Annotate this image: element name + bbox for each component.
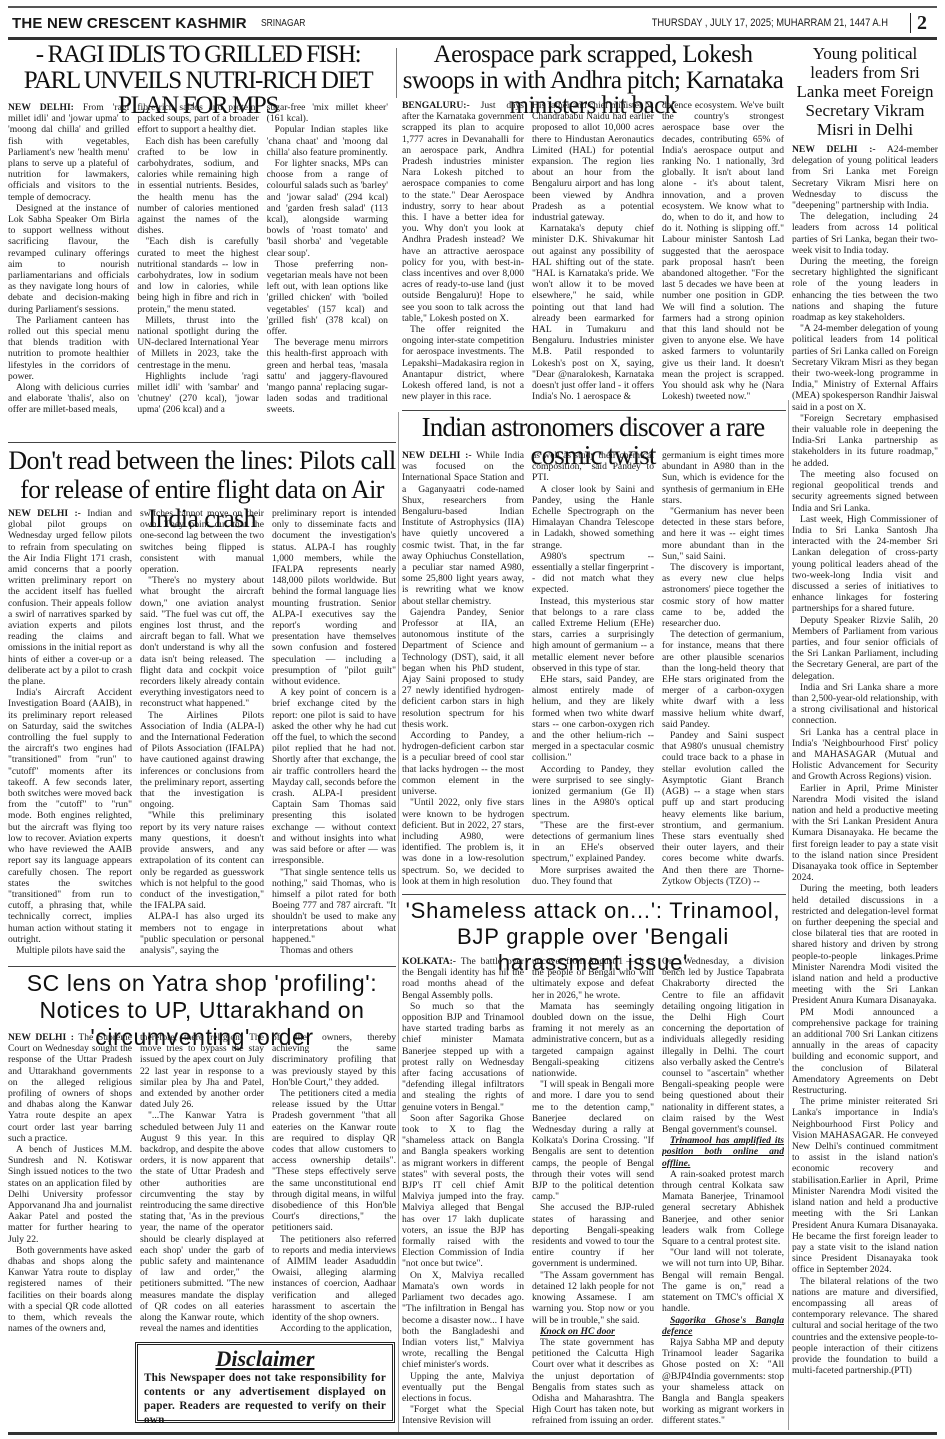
- paragraph: NEW DELHI :- While India was focused on …: [402, 450, 524, 607]
- paragraph: On Wednesday, a division bench led by Ju…: [662, 956, 784, 1135]
- headline-trinamool: 'Shameless attack on...': Trinamool, BJP…: [402, 898, 784, 954]
- paragraph: "...The Kanwar Yatra is scheduled betwee…: [140, 1110, 264, 1334]
- paragraph: "Forget what the Special Intensive Revis…: [402, 1404, 524, 1426]
- issue-date: THURSDAY , JULY 17, 2025; MUHARRAM 21, 1…: [652, 17, 888, 29]
- paragraph: The meeting also focused on regional geo…: [792, 469, 938, 514]
- newspaper-title: THE NEW CRESCENT KASHMIR: [12, 15, 247, 32]
- paragraph: Designed at the instance of Lok Sabha Sp…: [8, 203, 129, 315]
- text-column: preliminary report is intended only to d…: [272, 508, 396, 962]
- paragraph: Both governments have asked dhabas and s…: [8, 1245, 132, 1335]
- paragraph: "The Assam government has detained 12 la…: [532, 1270, 654, 1326]
- text-column: fibre-rich salads and protein-packed sou…: [137, 102, 258, 422]
- text-column: germanium is eight times more abundant i…: [662, 450, 784, 890]
- column-divider: [396, 48, 397, 98]
- paragraph: Popular Indian staples like 'chana chaat…: [267, 124, 388, 158]
- section-rule: [8, 442, 396, 443]
- paragraph: "There's no mystery about what brought t…: [140, 575, 264, 709]
- paragraph: "A 24-member delegation of young politic…: [792, 323, 938, 413]
- paragraph: She accused the BJP-ruled states of hara…: [532, 1202, 654, 1269]
- edition-city: SRINAGAR: [261, 18, 305, 29]
- article-body: BENGALURU:- Just days after the Karnatak…: [402, 100, 784, 408]
- section-rule: [402, 894, 786, 895]
- headline-aerospace: Aerospace park scrapped, Lokesh swoops i…: [402, 42, 784, 98]
- paragraph: The Parliament canteen has rolled out th…: [8, 315, 129, 382]
- subheading: Knock on HC door: [532, 1326, 654, 1337]
- paragraph: During the meeting, the foreign secretar…: [792, 256, 938, 323]
- article-body: NEW DELHI :- A24-member delegation of yo…: [792, 144, 938, 1432]
- article-body: NEW DELHI: From 'ragi millet idli' and '…: [8, 102, 388, 422]
- text-column: therefore, there religion. The move trie…: [140, 1032, 264, 1338]
- paragraph: "Germanium has never been detected in th…: [662, 506, 784, 562]
- paragraph: fibre-rich salads and protein-packed sou…: [137, 102, 258, 136]
- paragraph: Sri Lanka has a central place in India's…: [792, 727, 938, 783]
- top-rule: [8, 6, 937, 8]
- subheading: Sagorika Ghose's Bangla defence: [662, 1315, 784, 1337]
- paragraph: Along with delicious curries and elabora…: [8, 382, 129, 416]
- disclaimer-box: Disclaimer This Newspaper does not take …: [135, 1342, 395, 1423]
- paragraph: defence ecosystem. We've built the count…: [662, 100, 784, 402]
- column-divider: [788, 400, 789, 1430]
- paragraph: "While this preliminary report by its ve…: [140, 810, 264, 911]
- paragraph: Last week, High Commissioner of India to…: [792, 514, 938, 615]
- article-body: NEW DELHI : The Supreme Court on Wednesd…: [8, 1032, 396, 1338]
- column-divider: [398, 412, 399, 1432]
- paragraph: NEW DELHI :- A24-member delegation of yo…: [792, 144, 938, 211]
- paragraph: Karnataka's deputy chief minister D.K. S…: [532, 223, 654, 402]
- subheading: Trinamool has amplified its position bot…: [662, 1135, 784, 1169]
- paragraph: Pandey and Saini suspect that A980's unu…: [662, 730, 784, 887]
- paragraph: A key point of concern is a brief exchan…: [272, 687, 396, 866]
- article-aerospace: Aerospace park scrapped, Lokesh swoops i…: [402, 42, 784, 410]
- paragraph: Multiple pilots have said the: [8, 945, 132, 956]
- paragraph: Mamata has seemingly doubled down on the…: [532, 1001, 654, 1079]
- paragraph: uncover from August 1 — it is the people…: [532, 956, 654, 1001]
- paragraph: The prime minister reiterated Sri Lanka'…: [792, 1096, 938, 1275]
- headline-srilanka: Young political leaders from Sri Lanka m…: [792, 42, 938, 140]
- paragraph: therefore, there religion. The move trie…: [140, 1032, 264, 1110]
- paragraph: as well as study their chemical composit…: [532, 450, 654, 484]
- paragraph: Each dish has been carefully crafted to …: [137, 136, 258, 237]
- paragraph: A rain-soaked protest march through cent…: [662, 1169, 784, 1247]
- paragraph: Instead, this mysterious star that belon…: [532, 596, 654, 674]
- bottom-rule: [8, 1432, 937, 1435]
- text-column: On Wednesday, a division bench led by Ju…: [662, 956, 784, 1430]
- text-column: defence ecosystem. We've built the count…: [662, 100, 784, 408]
- paragraph: Deputy Speaker Rizvie Salih, 20 Members …: [792, 615, 938, 682]
- paragraph: The petitioners cited a media release is…: [272, 1088, 396, 1234]
- page-number: 2: [917, 12, 927, 35]
- headline-yatra: SC lens on Yatra shop 'profiling': Notic…: [8, 970, 396, 1030]
- dateline: BENGALURU:-: [402, 100, 470, 111]
- paragraph: More surprises awaited the duo. They fou…: [532, 865, 654, 887]
- text-column: NEW DELHI: From 'ragi millet idli' and '…: [8, 102, 129, 422]
- dateline: NEW DELHI :-: [792, 144, 876, 155]
- paragraph: A980's spectrum -- essentially a stellar…: [532, 551, 654, 596]
- paragraph: According to Pandey, a hydrogen-deficien…: [402, 730, 524, 797]
- text-column: KOLKATA:- The battle over the Bengali id…: [402, 956, 524, 1430]
- paragraph: For lighter snacks, MPs can choose from …: [267, 158, 388, 259]
- text-column: switches cannot move on their own. They …: [140, 508, 264, 962]
- article-ragi: - RAGI IDLIS TO GRILLED FISH: PARL UNVEI…: [8, 42, 388, 422]
- paragraph: Rajya Sabha MP and deputy Trinamool lead…: [662, 1337, 784, 1427]
- dateline: NEW DELHI :: [8, 1032, 74, 1043]
- headline-astronomers: Indian astronomers discover a rare cosmi…: [402, 414, 784, 450]
- paragraph: NEW DELHI : The Supreme Court on Wednesd…: [8, 1032, 132, 1144]
- paragraph: According to the application,: [272, 1323, 396, 1334]
- paragraph: of the owners, thereby achieving the sam…: [272, 1032, 396, 1088]
- paragraph: On X, Malviya recalled Mamata's own word…: [402, 1270, 524, 1371]
- paragraph: A closer look by Saini and Pandey, using…: [532, 484, 654, 551]
- paragraph: Thomas and others: [272, 945, 396, 956]
- headline-pilots: Don't read between the lines: Pilots cal…: [8, 446, 396, 506]
- paragraph: India and Sri Lanka share a more than 2,…: [792, 682, 938, 727]
- paragraph: "I will speak in Bengali more and more. …: [532, 1079, 654, 1202]
- paragraph: KOLKATA:- The battle over the Bengali id…: [402, 956, 524, 1001]
- article-body: KOLKATA:- The battle over the Bengali id…: [402, 956, 784, 1430]
- article-srilanka: Young political leaders from Sri Lanka m…: [792, 42, 938, 1432]
- dateline: NEW DELHI :-: [8, 508, 81, 519]
- article-body: NEW DELHI :- Indian and global pilot gro…: [8, 508, 396, 962]
- paragraph: "Our land will not tolerate, we will not…: [662, 1247, 784, 1314]
- dateline: NEW DELHI :-: [402, 450, 472, 461]
- masthead: THE NEW CRESCENT KASHMIR SRINAGAR THURSD…: [12, 12, 935, 34]
- paragraph: The bilateral relations of the two natio…: [792, 1276, 938, 1377]
- text-column: of the owners, thereby achieving the sam…: [272, 1032, 396, 1338]
- article-astronomers: Indian astronomers discover a rare cosmi…: [402, 414, 784, 894]
- text-column: as well as study their chemical composit…: [532, 450, 654, 890]
- paragraph: switches cannot move on their own. They …: [140, 508, 264, 575]
- paragraph: EHe stars, said Pandey, are almost entir…: [532, 674, 654, 764]
- dateline: KOLKATA:-: [402, 956, 456, 967]
- paragraph: BENGALURU:- Just days after the Karnatak…: [402, 100, 524, 324]
- paragraph: The petitioners also referred to reports…: [272, 1234, 396, 1324]
- section-rule: [402, 410, 786, 411]
- paragraph: PM Modi announced a comprehensive packag…: [792, 1007, 938, 1097]
- paragraph: NEW DELHI :- Indian and global pilot gro…: [8, 508, 132, 687]
- text-column: NEW DELHI :- A24-member delegation of yo…: [792, 144, 938, 1432]
- paragraph: A bench of Justices M.M. Sundresh and N.…: [8, 1144, 132, 1245]
- text-column: BENGALURU:- Just days after the Karnatak…: [402, 100, 524, 408]
- paragraph: "Foreign Secretary emphasised their valu…: [792, 413, 938, 469]
- masthead-rule: [8, 37, 937, 40]
- article-trinamool: 'Shameless attack on...': Trinamool, BJP…: [402, 898, 784, 1432]
- paragraph: sugar-free 'mix millet kheer' (161 kcal)…: [267, 102, 388, 124]
- text-column: NEW DELHI :- While India was focused on …: [402, 450, 524, 890]
- paragraph: Earlier in April, Prime Minister Narendr…: [792, 783, 938, 884]
- text-column: His father and chief minister N. Chandra…: [532, 100, 654, 408]
- paragraph: The detection of germanium, for instance…: [662, 629, 784, 730]
- paragraph: Soon after Sagorika Ghose took to X to f…: [402, 1113, 524, 1270]
- article-body: NEW DELHI :- While India was focused on …: [402, 450, 784, 890]
- article-pilots: Don't read between the lines: Pilots cal…: [8, 446, 396, 966]
- text-column: NEW DELHI :- Indian and global pilot gro…: [8, 508, 132, 962]
- paragraph: So much so that the opposition BJP and T…: [402, 1001, 524, 1113]
- article-yatra: SC lens on Yatra shop 'profiling': Notic…: [8, 970, 396, 1340]
- paragraph: preliminary report is intended only to d…: [272, 508, 396, 687]
- disclaimer-title: Disclaimer: [144, 1347, 386, 1371]
- disclaimer-text: This Newspaper does not take responsibil…: [144, 1371, 386, 1427]
- paragraph: NEW DELHI: From 'ragi millet idli' and '…: [8, 102, 129, 203]
- paragraph: Upping the ante, Malviya eventually put …: [402, 1371, 524, 1405]
- paragraph: The Airlines Pilots Association of India…: [140, 710, 264, 811]
- text-column: sugar-free 'mix millet kheer' (161 kcal)…: [267, 102, 388, 422]
- paragraph: India's Aircraft Accident Investigation …: [8, 687, 132, 945]
- paragraph: The state government has petitioned the …: [532, 1337, 654, 1427]
- paragraph: germanium is eight times more abundant i…: [662, 450, 784, 506]
- paragraph: The discovery is important, as every new…: [662, 562, 784, 629]
- paragraph: Gajendra Pandey, Senior Professor at IIA…: [402, 607, 524, 730]
- headline-ragi: - RAGI IDLIS TO GRILLED FISH: PARL UNVEI…: [8, 42, 388, 98]
- text-column: uncover from August 1 — it is the people…: [532, 956, 654, 1430]
- paragraph: His father and chief minister N. Chandra…: [532, 100, 654, 223]
- paragraph: The beverage menu mirrors this health-fi…: [267, 337, 388, 415]
- paragraph: The offer reignited the ongoing inter-st…: [402, 324, 524, 402]
- paragraph: "Until 2022, only five stars were known …: [402, 797, 524, 887]
- paragraph: "Each dish is carefully curated to meet …: [137, 236, 258, 314]
- paragraph: According to Pandey, they were surprised…: [532, 764, 654, 820]
- paragraph: During the meeting, both leaders held de…: [792, 883, 938, 1006]
- dateline: NEW DELHI:: [8, 102, 74, 113]
- paragraph: "These are the first-ever detections of …: [532, 820, 654, 865]
- paragraph: "That single sentence tells us nothing,"…: [272, 867, 396, 945]
- text-column: NEW DELHI : The Supreme Court on Wednesd…: [8, 1032, 132, 1338]
- section-rule: [8, 966, 396, 967]
- paragraph: Those preferring non-vegetarian meals ha…: [267, 259, 388, 337]
- paragraph: ALPA-I has also urged its members not to…: [140, 911, 264, 956]
- paragraph: Highlights include 'ragi millet idli' wi…: [137, 371, 258, 416]
- paragraph: Millets, thrust into the national spotli…: [137, 315, 258, 371]
- page-number-divider: [910, 13, 911, 33]
- paragraph: The delegation, including 24 leaders fro…: [792, 211, 938, 256]
